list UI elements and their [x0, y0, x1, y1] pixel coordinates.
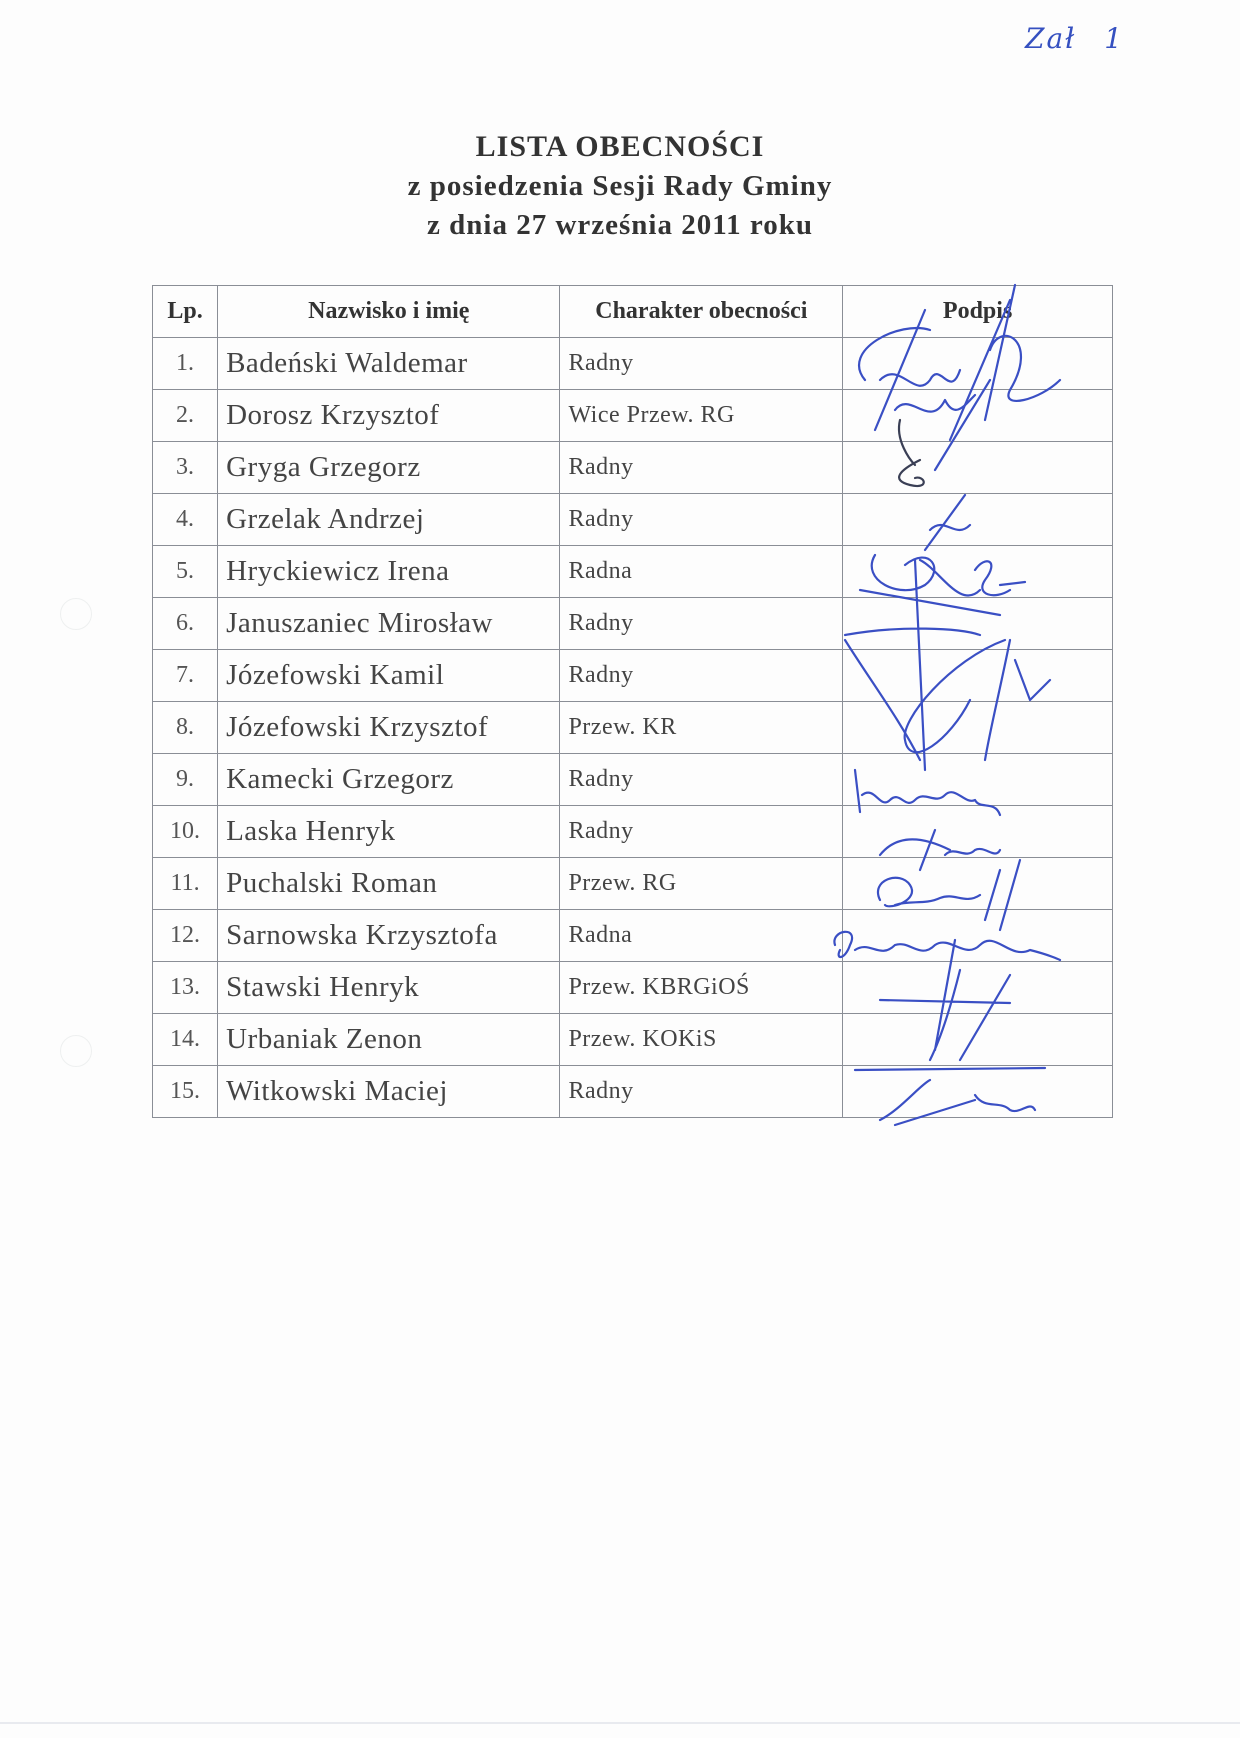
attendance-role: Przew. KBRGiOŚ	[560, 962, 843, 1014]
column-header-name: Nazwisko i imię	[218, 286, 560, 338]
table-row: 12.Sarnowska KrzysztofaRadna	[153, 910, 1113, 962]
document-date: z dnia 27 września 2011 roku	[0, 209, 1240, 242]
signature-cell	[843, 338, 1113, 390]
member-name: Badeński Waldemar	[218, 338, 560, 390]
row-number: 8.	[153, 702, 218, 754]
member-name: Kamecki Grzegorz	[218, 754, 560, 806]
row-number: 3.	[153, 442, 218, 494]
signature-cell	[843, 858, 1113, 910]
member-name: Urbaniak Zenon	[218, 1014, 560, 1066]
attendance-role: Przew. KR	[560, 702, 843, 754]
row-number: 5.	[153, 546, 218, 598]
attendance-role: Przew. RG	[560, 858, 843, 910]
member-name: Puchalski Roman	[218, 858, 560, 910]
column-header-lp: Lp.	[153, 286, 218, 338]
annotation-number: 1	[1104, 22, 1124, 55]
page-annotation: Zał1	[1025, 22, 1124, 55]
member-name: Grzelak Andrzej	[218, 494, 560, 546]
table-row: 5.Hryckiewicz IrenaRadna	[153, 546, 1113, 598]
signature-cell	[843, 650, 1113, 702]
signature-cell	[843, 702, 1113, 754]
row-number: 2.	[153, 390, 218, 442]
table-row: 13.Stawski HenrykPrzew. KBRGiOŚ	[153, 962, 1113, 1014]
attendance-table: Lp. Nazwisko i imię Charakter obecności …	[152, 285, 1113, 1118]
table-row: 2.Dorosz KrzysztofWice Przew. RG	[153, 390, 1113, 442]
column-header-signature: Podpis	[843, 286, 1113, 338]
table-row: 9.Kamecki GrzegorzRadny	[153, 754, 1113, 806]
member-name: Józefowski Kamil	[218, 650, 560, 702]
table-row: 7.Józefowski KamilRadny	[153, 650, 1113, 702]
attendance-role: Radny	[560, 442, 843, 494]
scan-edge-line	[0, 1722, 1240, 1724]
member-name: Witkowski Maciej	[218, 1066, 560, 1118]
table-row: 10.Laska HenrykRadny	[153, 806, 1113, 858]
attendance-role: Radna	[560, 546, 843, 598]
member-name: Gryga Grzegorz	[218, 442, 560, 494]
attendance-role: Radny	[560, 650, 843, 702]
column-header-role: Charakter obecności	[560, 286, 843, 338]
member-name: Laska Henryk	[218, 806, 560, 858]
attendance-role: Radny	[560, 806, 843, 858]
attendance-role: Radny	[560, 1066, 843, 1118]
table-row: 14.Urbaniak ZenonPrzew. KOKiS	[153, 1014, 1113, 1066]
signature-cell	[843, 390, 1113, 442]
row-number: 10.	[153, 806, 218, 858]
punch-hole-mark	[60, 1035, 92, 1067]
member-name: Stawski Henryk	[218, 962, 560, 1014]
annotation-text: Zał	[1025, 22, 1076, 55]
row-number: 13.	[153, 962, 218, 1014]
signature-cell	[843, 962, 1113, 1014]
signature-cell	[843, 910, 1113, 962]
row-number: 12.	[153, 910, 218, 962]
document-subtitle: z posiedzenia Sesji Rady Gminy	[0, 170, 1240, 203]
table-row: 1.Badeński WaldemarRadny	[153, 338, 1113, 390]
row-number: 15.	[153, 1066, 218, 1118]
table-row: 4.Grzelak AndrzejRadny	[153, 494, 1113, 546]
member-name: Hryckiewicz Irena	[218, 546, 560, 598]
table-header-row: Lp. Nazwisko i imię Charakter obecności …	[153, 286, 1113, 338]
document-title: LISTA OBECNOŚCI	[0, 130, 1240, 164]
signature-cell	[843, 442, 1113, 494]
attendance-role: Radny	[560, 598, 843, 650]
attendance-role: Wice Przew. RG	[560, 390, 843, 442]
member-name: Januszaniec Mirosław	[218, 598, 560, 650]
table-row: 11.Puchalski RomanPrzew. RG	[153, 858, 1113, 910]
signature-cell	[843, 754, 1113, 806]
table-row: 8.Józefowski KrzysztofPrzew. KR	[153, 702, 1113, 754]
punch-hole-mark	[60, 598, 92, 630]
row-number: 1.	[153, 338, 218, 390]
signature-cell	[843, 1066, 1113, 1118]
signature-cell	[843, 598, 1113, 650]
table-row: 3.Gryga GrzegorzRadny	[153, 442, 1113, 494]
table-row: 6.Januszaniec MirosławRadny	[153, 598, 1113, 650]
attendance-role: Radna	[560, 910, 843, 962]
signature-cell	[843, 494, 1113, 546]
attendance-role: Radny	[560, 494, 843, 546]
member-name: Sarnowska Krzysztofa	[218, 910, 560, 962]
member-name: Dorosz Krzysztof	[218, 390, 560, 442]
table-row: 15.Witkowski MaciejRadny	[153, 1066, 1113, 1118]
row-number: 7.	[153, 650, 218, 702]
signature-cell	[843, 1014, 1113, 1066]
row-number: 11.	[153, 858, 218, 910]
attendance-role: Przew. KOKiS	[560, 1014, 843, 1066]
attendance-role: Radny	[560, 338, 843, 390]
signature-cell	[843, 546, 1113, 598]
row-number: 6.	[153, 598, 218, 650]
signature-cell	[843, 806, 1113, 858]
row-number: 14.	[153, 1014, 218, 1066]
member-name: Józefowski Krzysztof	[218, 702, 560, 754]
row-number: 9.	[153, 754, 218, 806]
attendance-role: Radny	[560, 754, 843, 806]
row-number: 4.	[153, 494, 218, 546]
